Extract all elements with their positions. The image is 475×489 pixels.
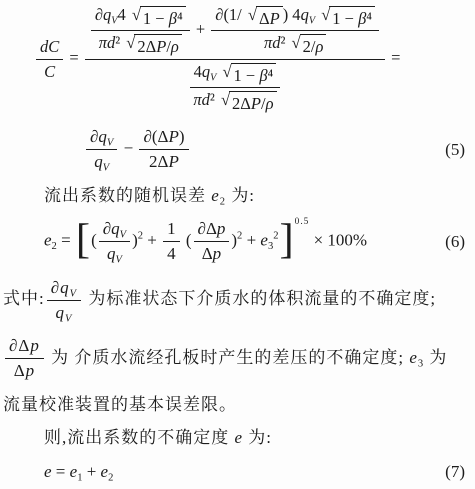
- equation-5-number: (5): [445, 139, 465, 161]
- equation-7: e = e1 + e2: [44, 461, 113, 483]
- paragraph-where-line1-text: 式中:∂qVqV 为标准状态下介质水的体积流量的不确定度;: [3, 289, 436, 308]
- paragraph-random-error-text: 流出系数的随机误差 e2 为:: [44, 186, 255, 205]
- paragraph-then-text: 则,流出系数的不确定度 e 为:: [44, 428, 272, 447]
- equation-6: e2 = [(∂qVqV)2 + 14 (∂ΔpΔp)2 + e32]0.5 ×…: [44, 218, 367, 265]
- paragraph-where-line1: 式中:∂qVqV 为标准状态下介质水的体积流量的不确定度;: [3, 277, 475, 324]
- equation-5-row: ∂qVqV − ∂(ΔP)2ΔP (5): [0, 126, 475, 173]
- equation-5: ∂qVqV − ∂(ΔP)2ΔP: [84, 126, 191, 173]
- equation-6-number: (6): [445, 231, 465, 253]
- equation-6-row: e2 = [(∂qVqV)2 + 14 (∂ΔpΔp)2 + e32]0.5 ×…: [0, 218, 475, 265]
- equation-7-number: (7): [445, 461, 465, 483]
- equation-main-row: dCC = ∂qV4 √1 − β⁴πd² √2ΔP/ρ + ∂(1/ √ΔP)…: [34, 4, 475, 115]
- paragraph-where-line3-text: 流量校准装置的基本误差限。: [3, 395, 237, 414]
- paragraph-where-line2-text: ∂ΔpΔp 为 介质水流经孔板时产生的差压的不确定度; e3 为: [3, 348, 447, 367]
- paragraph-then: 则,流出系数的不确定度 e 为:: [44, 427, 475, 449]
- equation-main: dCC = ∂qV4 √1 − β⁴πd² √2ΔP/ρ + ∂(1/ √ΔP)…: [34, 4, 400, 115]
- paragraph-random-error: 流出系数的随机误差 e2 为:: [44, 185, 475, 207]
- paper-page: dCC = ∂qV4 √1 − β⁴πd² √2ΔP/ρ + ∂(1/ √ΔP)…: [0, 0, 475, 489]
- paragraph-where-line2: ∂ΔpΔp 为 介质水流经孔板时产生的差压的不确定度; e3 为: [3, 335, 475, 382]
- paragraph-where-line3: 流量校准装置的基本误差限。: [3, 394, 475, 416]
- equation-7-row: e = e1 + e2 (7): [0, 461, 475, 483]
